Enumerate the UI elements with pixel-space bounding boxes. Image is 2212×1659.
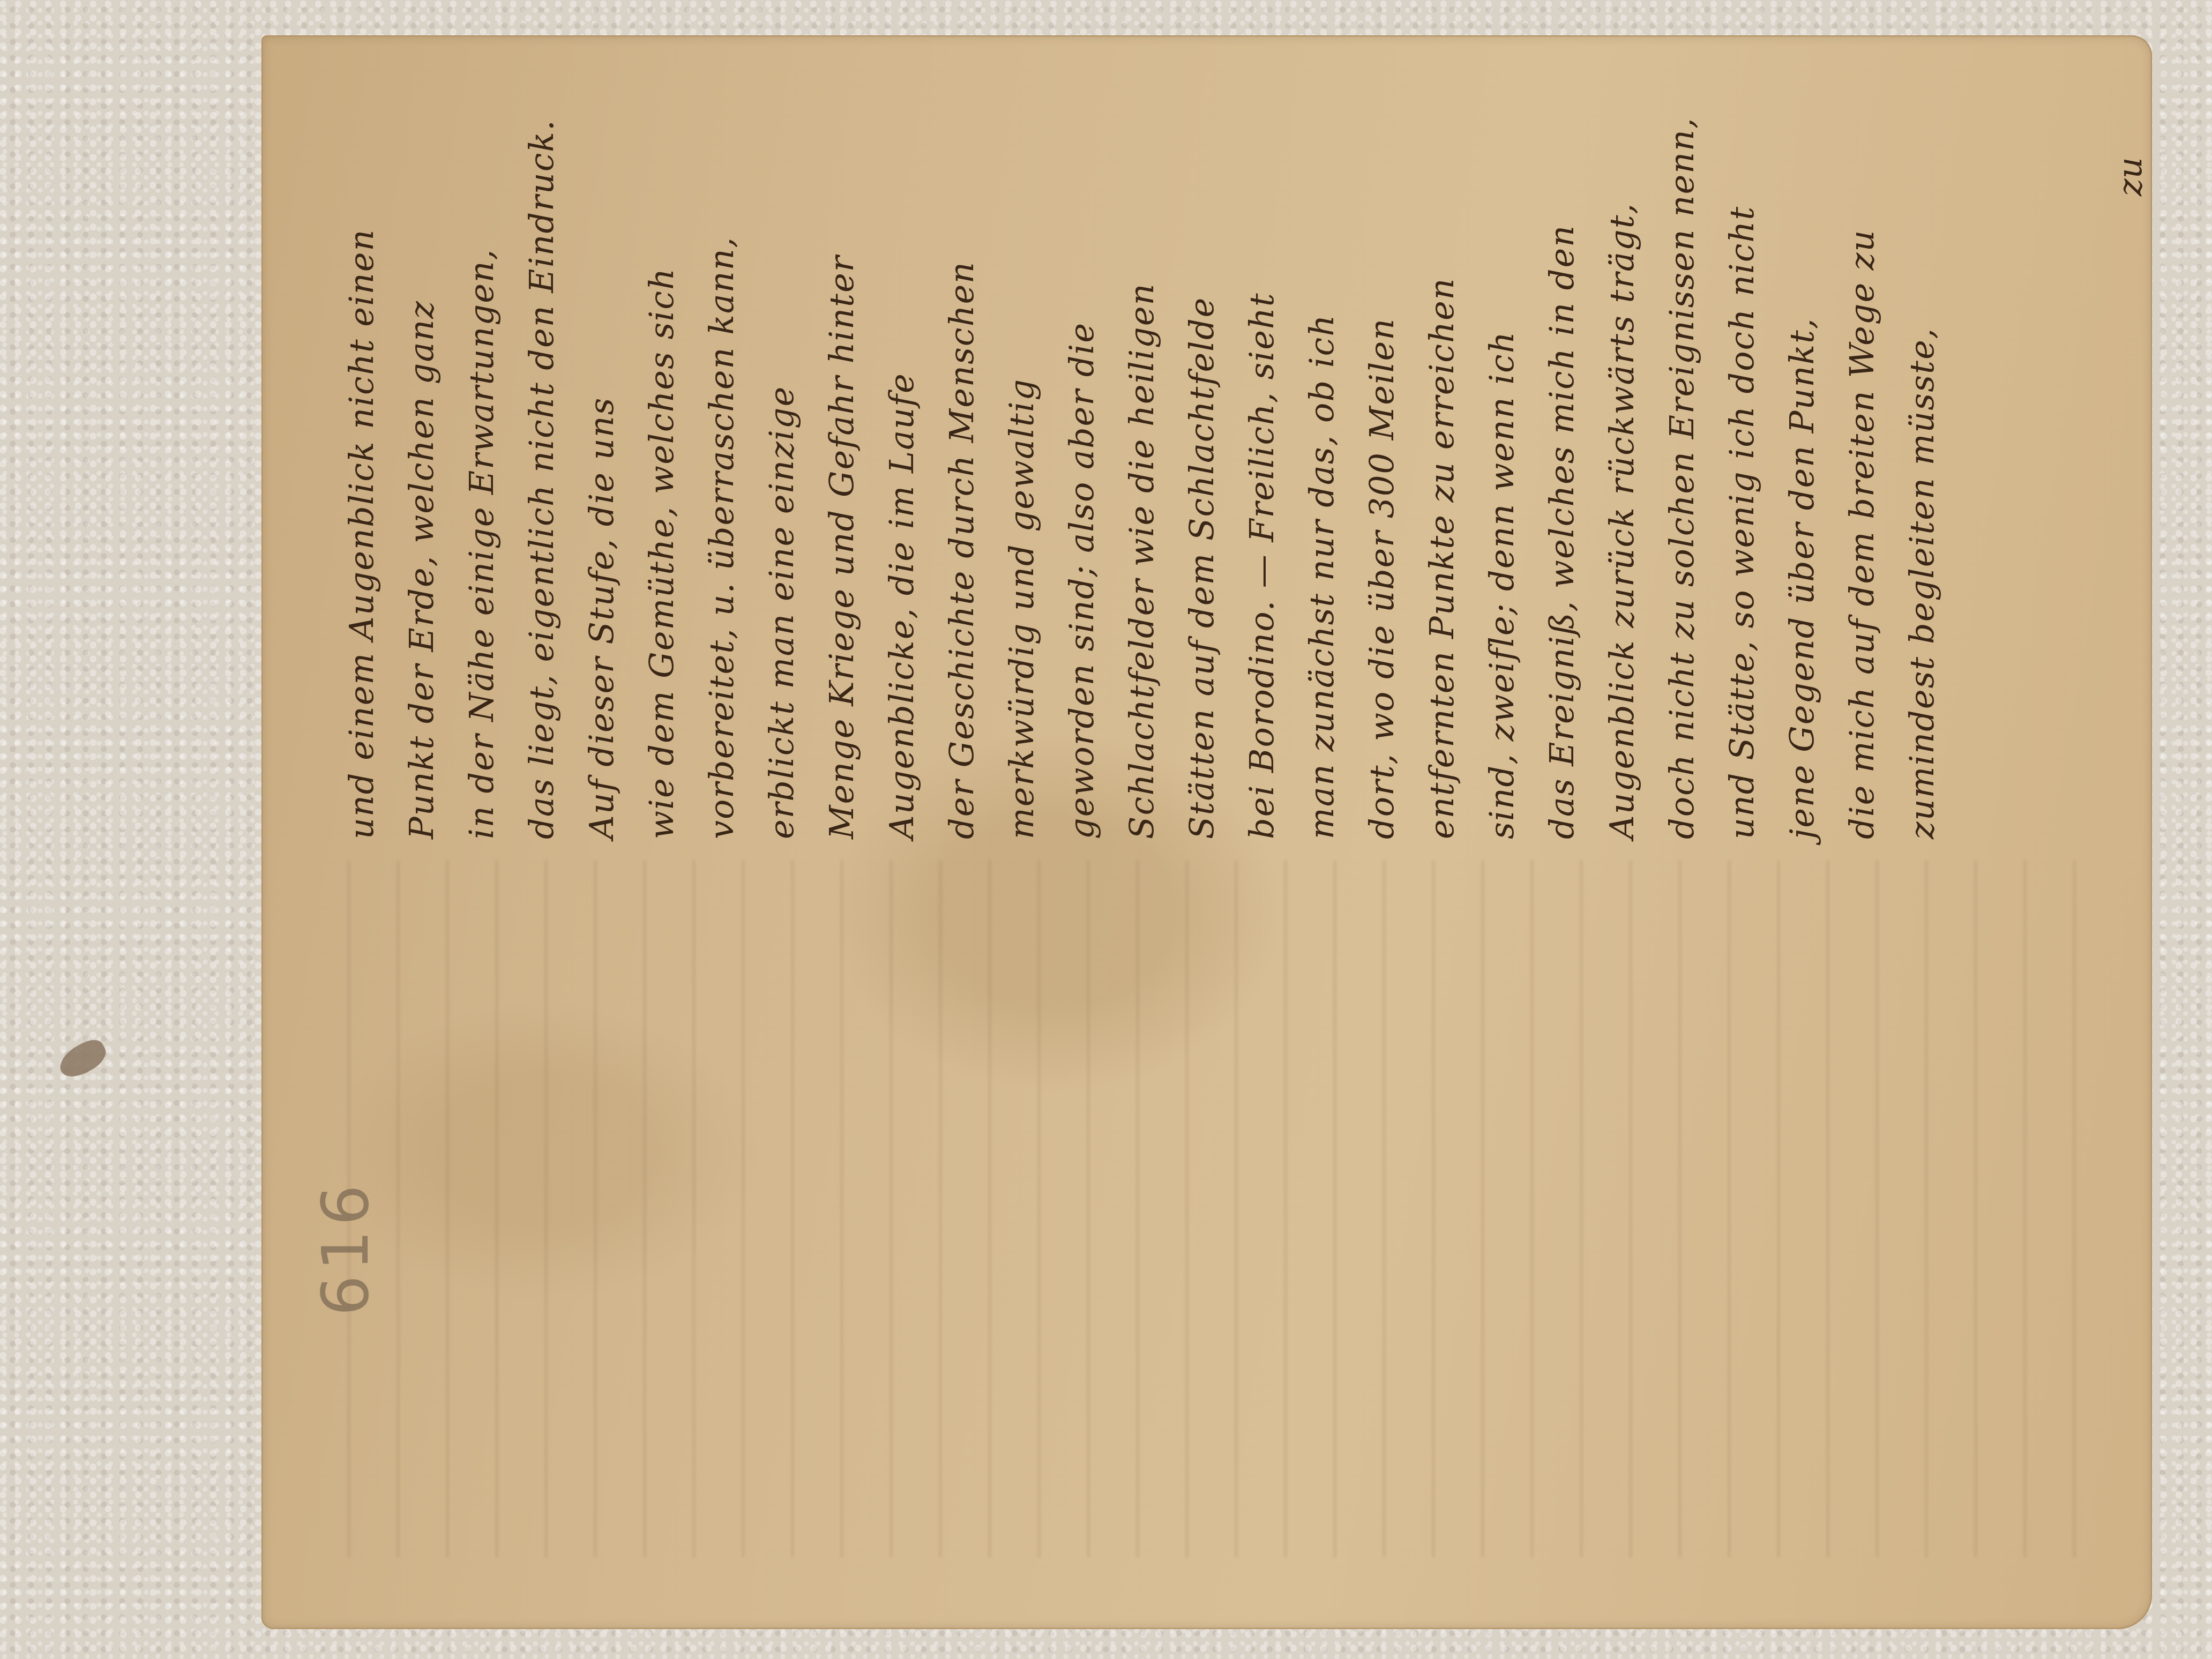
manuscript-line: das liegt, eigentlich nicht den Eindruck… bbox=[522, 119, 561, 839]
manuscript-line: Augenblicke, die im Laufe bbox=[882, 372, 921, 839]
manuscript-line: in der Nähe einige Erwartungen, bbox=[462, 249, 501, 839]
manuscript-line: und einem Augenblick nicht einen bbox=[342, 229, 381, 839]
manuscript-page: und einem Augenblick nicht einen Punkt d… bbox=[261, 35, 2152, 1629]
manuscript-line: Auf dieser Stufe, die uns bbox=[582, 397, 621, 839]
manuscript-line: jene Gegend über den Punkt, bbox=[1782, 317, 1821, 839]
manuscript-line: Menge Kriege und Gefahr hinter bbox=[822, 255, 861, 839]
manuscript-line: vorbereitet, u. überraschen kann, bbox=[702, 236, 741, 839]
folio-number: 616 bbox=[309, 1180, 383, 1316]
manuscript-line: sind, zweifle; denn wenn ich bbox=[1482, 331, 1521, 839]
catchword: zu bbox=[2110, 157, 2149, 196]
manuscript-line: Punkt der Erde, welchen ganz bbox=[402, 300, 441, 839]
manuscript-line: bei Borodino. — Freilich, sieht bbox=[1242, 292, 1281, 839]
manuscript-line: die mich auf dem breiten Wege zu bbox=[1842, 229, 1881, 839]
manuscript-line: man zunächst nur das, ob ich bbox=[1302, 314, 1341, 839]
manuscript-line: der Geschichte durch Menschen bbox=[942, 261, 981, 839]
manuscript-line: erblickt man eine einzige bbox=[762, 386, 801, 839]
manuscript-line: geworden sind; also aber die bbox=[1062, 322, 1101, 839]
manuscript-line: doch nicht zu solchen Ereignissen nenn, bbox=[1662, 117, 1701, 839]
manuscript-line: entfernten Punkte zu erreichen bbox=[1422, 277, 1461, 839]
manuscript-line: Schlachtfelder wie die heiligen bbox=[1122, 283, 1161, 839]
manuscript-line: Augenblick zurück rückwärts trägt, bbox=[1602, 203, 1641, 839]
manuscript-line: und Stätte, so wenig ich doch nicht bbox=[1722, 206, 1761, 839]
manuscript-line: wie dem Gemüthe, welches sich bbox=[642, 267, 681, 839]
manuscript-line: das Ereigniß, welches mich in den bbox=[1542, 225, 1581, 839]
manuscript-line: dort, wo die über 300 Meilen bbox=[1362, 318, 1401, 839]
manuscript-line: Stätten auf dem Schlachtfelde bbox=[1182, 297, 1221, 839]
manuscript-line: merkwürdig und gewaltig bbox=[1002, 378, 1041, 839]
fabric-stain bbox=[54, 1035, 111, 1082]
handwritten-text-block: und einem Augenblick nicht einen Punkt d… bbox=[261, 35, 2152, 1629]
manuscript-line: zumindest begleiten müsste, bbox=[1902, 327, 1941, 839]
